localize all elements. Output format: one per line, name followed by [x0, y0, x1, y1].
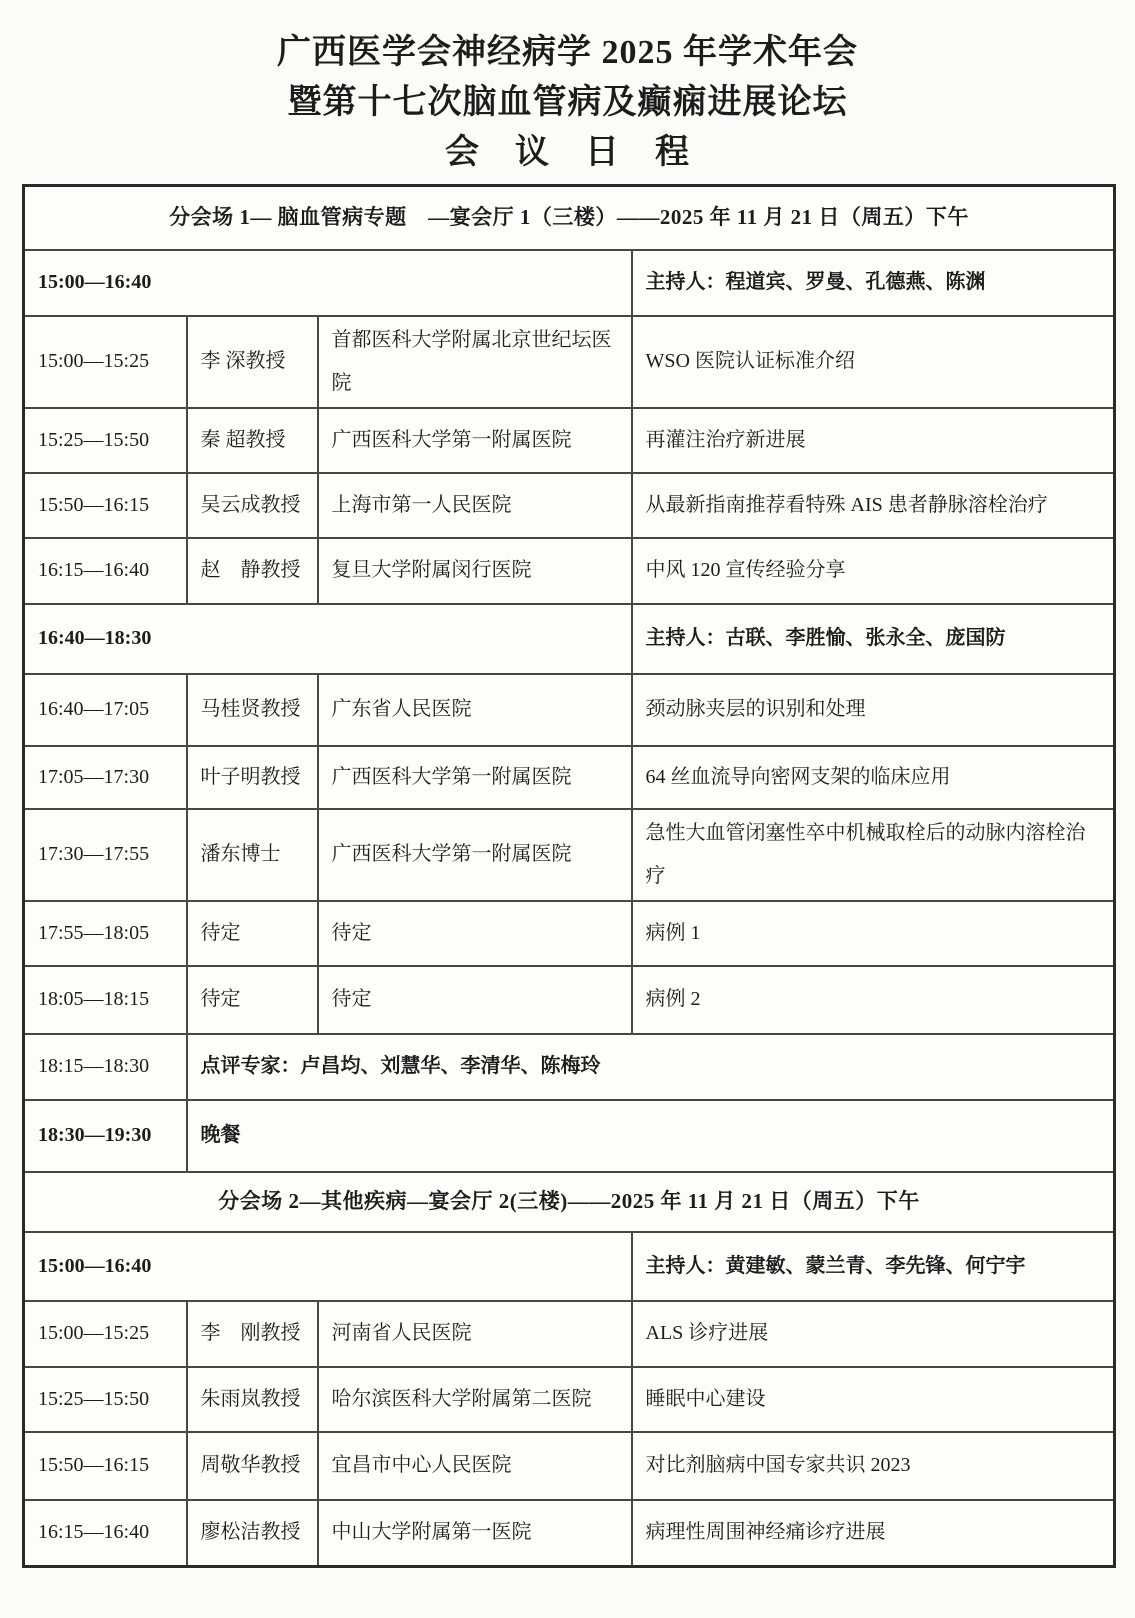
- institution-cell: 待定: [318, 901, 632, 966]
- topic-cell: 从最新指南推荐看特殊 AIS 患者静脉溶栓治疗: [632, 473, 1115, 538]
- schedule-table: 分会场 1— 脑血管病专题 —宴会厅 1（三楼）——2025 年 11 月 21…: [22, 184, 1116, 1568]
- institution-cell: 待定: [318, 966, 632, 1034]
- talk-row: 16:15—16:40 赵 静教授 复旦大学附属闵行医院 中风 120 宣传经验…: [24, 538, 1115, 604]
- session-2-header-row: 分会场 2—其他疾病—宴会厅 2(三楼)——2025 年 11 月 21 日（周…: [24, 1172, 1115, 1232]
- institution-cell: 上海市第一人民医院: [318, 473, 632, 538]
- chair-row: 15:00—16:40 主持人：程道宾、罗曼、孔德燕、陈渊: [24, 250, 1115, 316]
- title-line-2: 暨第十七次脑血管病及癫痫进展论坛: [0, 78, 1135, 128]
- title-line-3: 会 议 日 程: [0, 128, 1135, 178]
- document-page: 广西医学会神经病学 2025 年学术年会 暨第十七次脑血管病及癫痫进展论坛 会 …: [0, 0, 1135, 1618]
- institution-cell: 宜昌市中心人民医院: [318, 1432, 632, 1500]
- time-cell: 16:15—16:40: [24, 538, 187, 604]
- institution-cell: 复旦大学附属闵行医院: [318, 538, 632, 604]
- chairs-cell: 主持人：黄建敏、蒙兰青、李先锋、何宁宇: [632, 1232, 1115, 1301]
- speaker-cell: 秦 超教授: [187, 408, 318, 473]
- time-cell: 15:50—16:15: [24, 1432, 187, 1500]
- chairs-cell: 主持人：古联、李胜愉、张永全、庞国防: [632, 604, 1115, 674]
- note-row: 18:30—19:30 晚餐: [24, 1100, 1115, 1172]
- speaker-cell: 李 刚教授: [187, 1301, 318, 1367]
- institution-cell: 河南省人民医院: [318, 1301, 632, 1367]
- session-1-header-row: 分会场 1— 脑血管病专题 —宴会厅 1（三楼）——2025 年 11 月 21…: [24, 186, 1115, 250]
- title-line-1: 广西医学会神经病学 2025 年学术年会: [0, 28, 1135, 78]
- time-cell: 17:30—17:55: [24, 809, 187, 901]
- talk-row: 17:05—17:30 叶子明教授 广西医科大学第一附属医院 64 丝血流导向密…: [24, 746, 1115, 809]
- talk-row: 16:15—16:40 廖松洁教授 中山大学附属第一医院 病理性周围神经痛诊疗进…: [24, 1500, 1115, 1567]
- talk-row: 15:25—15:50 秦 超教授 广西医科大学第一附属医院 再灌注治疗新进展: [24, 408, 1115, 473]
- speaker-cell: 待定: [187, 901, 318, 966]
- talk-row: 15:50—16:15 周敬华教授 宜昌市中心人民医院 对比剂脑病中国专家共识 …: [24, 1432, 1115, 1500]
- speaker-cell: 李 深教授: [187, 316, 318, 408]
- topic-cell: 64 丝血流导向密网支架的临床应用: [632, 746, 1115, 809]
- time-cell: 16:15—16:40: [24, 1500, 187, 1567]
- speaker-cell: 周敬华教授: [187, 1432, 318, 1500]
- session-1-header: 分会场 1— 脑血管病专题 —宴会厅 1（三楼）——2025 年 11 月 21…: [24, 186, 1115, 250]
- talk-row: 17:55—18:05 待定 待定 病例 1: [24, 901, 1115, 966]
- topic-cell: 病例 2: [632, 966, 1115, 1034]
- topic-cell: 睡眠中心建设: [632, 1367, 1115, 1432]
- topic-cell: 对比剂脑病中国专家共识 2023: [632, 1432, 1115, 1500]
- chairs-cell: 主持人：程道宾、罗曼、孔德燕、陈渊: [632, 250, 1115, 316]
- time-cell: 18:05—18:15: [24, 966, 187, 1034]
- topic-cell: 病例 1: [632, 901, 1115, 966]
- time-cell: 18:15—18:30: [24, 1034, 187, 1100]
- time-cell: 15:00—16:40: [24, 1232, 632, 1301]
- note-row: 18:15—18:30 点评专家：卢昌均、刘慧华、李清华、陈梅玲: [24, 1034, 1115, 1100]
- speaker-cell: 潘东博士: [187, 809, 318, 901]
- talk-row: 15:50—16:15 吴云成教授 上海市第一人民医院 从最新指南推荐看特殊 A…: [24, 473, 1115, 538]
- talk-row: 15:25—15:50 朱雨岚教授 哈尔滨医科大学附属第二医院 睡眠中心建设: [24, 1367, 1115, 1432]
- topic-cell: 中风 120 宣传经验分享: [632, 538, 1115, 604]
- time-cell: 17:05—17:30: [24, 746, 187, 809]
- topic-cell: WSO 医院认证标准介绍: [632, 316, 1115, 408]
- session-2-header: 分会场 2—其他疾病—宴会厅 2(三楼)——2025 年 11 月 21 日（周…: [24, 1172, 1115, 1232]
- topic-cell: 再灌注治疗新进展: [632, 408, 1115, 473]
- talk-row: 15:00—15:25 李 深教授 首都医科大学附属北京世纪坛医院 WSO 医院…: [24, 316, 1115, 408]
- time-cell: 15:00—15:25: [24, 316, 187, 408]
- speaker-cell: 马桂贤教授: [187, 674, 318, 746]
- topic-cell: 急性大血管闭塞性卒中机械取栓后的动脉内溶栓治疗: [632, 809, 1115, 901]
- speaker-cell: 叶子明教授: [187, 746, 318, 809]
- time-cell: 15:00—16:40: [24, 250, 632, 316]
- time-cell: 16:40—17:05: [24, 674, 187, 746]
- chair-row: 15:00—16:40 主持人：黄建敏、蒙兰青、李先锋、何宁宇: [24, 1232, 1115, 1301]
- institution-cell: 哈尔滨医科大学附属第二医院: [318, 1367, 632, 1432]
- talk-row: 15:00—15:25 李 刚教授 河南省人民医院 ALS 诊疗进展: [24, 1301, 1115, 1367]
- time-cell: 16:40—18:30: [24, 604, 632, 674]
- topic-cell: 颈动脉夹层的识别和处理: [632, 674, 1115, 746]
- time-cell: 17:55—18:05: [24, 901, 187, 966]
- time-cell: 15:00—15:25: [24, 1301, 187, 1367]
- time-cell: 18:30—19:30: [24, 1100, 187, 1172]
- document-title: 广西医学会神经病学 2025 年学术年会 暨第十七次脑血管病及癫痫进展论坛 会 …: [0, 28, 1135, 178]
- talk-row: 17:30—17:55 潘东博士 广西医科大学第一附属医院 急性大血管闭塞性卒中…: [24, 809, 1115, 901]
- topic-cell: ALS 诊疗进展: [632, 1301, 1115, 1367]
- institution-cell: 广西医科大学第一附属医院: [318, 809, 632, 901]
- institution-cell: 广东省人民医院: [318, 674, 632, 746]
- time-cell: 15:25—15:50: [24, 408, 187, 473]
- note-cell: 晚餐: [187, 1100, 1115, 1172]
- topic-cell: 病理性周围神经痛诊疗进展: [632, 1500, 1115, 1567]
- institution-cell: 广西医科大学第一附属医院: [318, 408, 632, 473]
- chair-row: 16:40—18:30 主持人：古联、李胜愉、张永全、庞国防: [24, 604, 1115, 674]
- speaker-cell: 朱雨岚教授: [187, 1367, 318, 1432]
- speaker-cell: 吴云成教授: [187, 473, 318, 538]
- speaker-cell: 赵 静教授: [187, 538, 318, 604]
- institution-cell: 中山大学附属第一医院: [318, 1500, 632, 1567]
- institution-cell: 广西医科大学第一附属医院: [318, 746, 632, 809]
- talk-row: 16:40—17:05 马桂贤教授 广东省人民医院 颈动脉夹层的识别和处理: [24, 674, 1115, 746]
- time-cell: 15:50—16:15: [24, 473, 187, 538]
- speaker-cell: 廖松洁教授: [187, 1500, 318, 1567]
- speaker-cell: 待定: [187, 966, 318, 1034]
- note-cell: 点评专家：卢昌均、刘慧华、李清华、陈梅玲: [187, 1034, 1115, 1100]
- time-cell: 15:25—15:50: [24, 1367, 187, 1432]
- talk-row: 18:05—18:15 待定 待定 病例 2: [24, 966, 1115, 1034]
- institution-cell: 首都医科大学附属北京世纪坛医院: [318, 316, 632, 408]
